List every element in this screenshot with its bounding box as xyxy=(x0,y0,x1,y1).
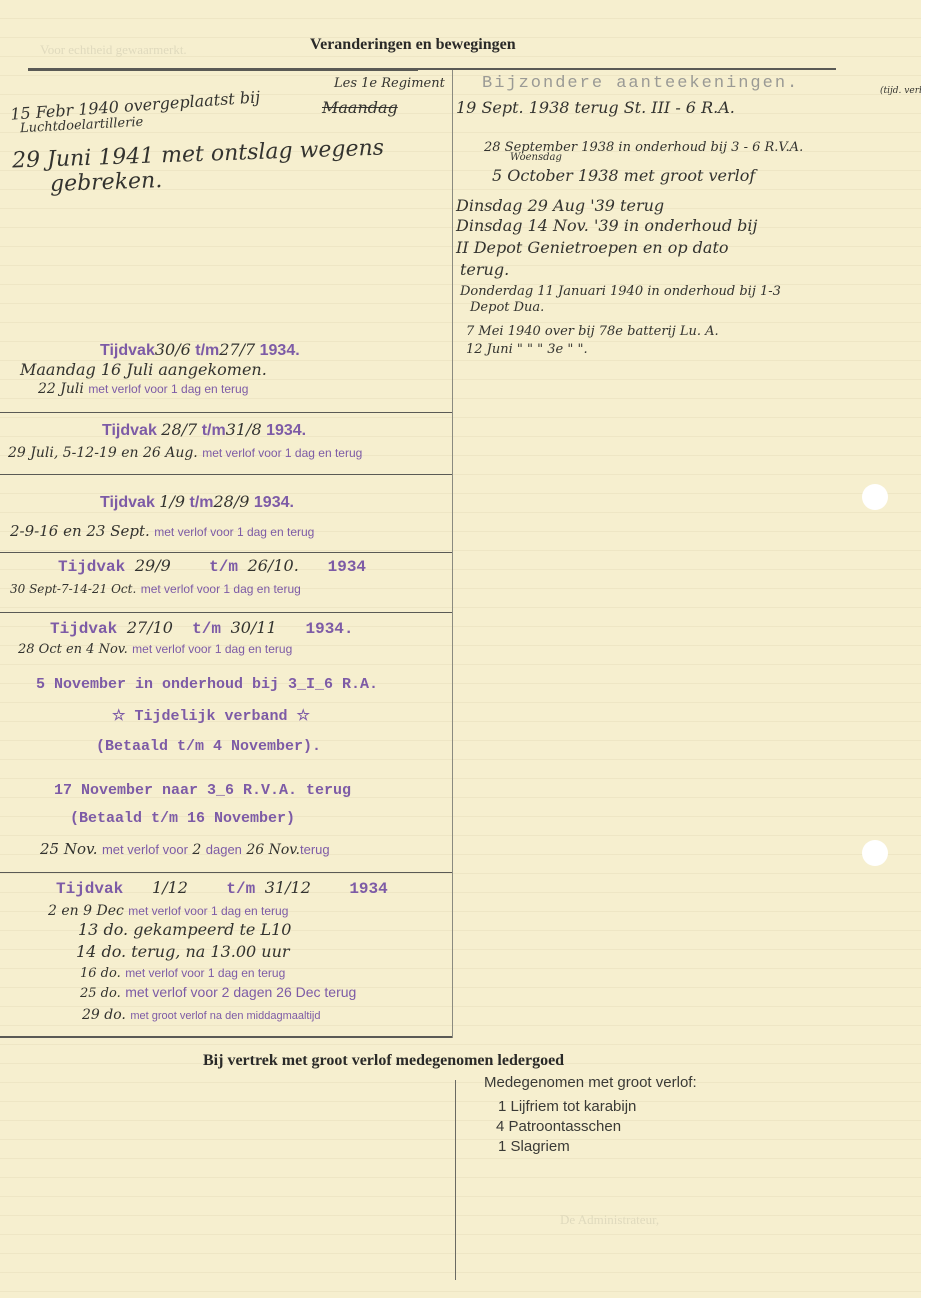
period-1-line-2: 22 Juli met verlof voor 1 dag en terug xyxy=(38,380,248,398)
note-discharge-reason: gebreken. xyxy=(50,168,163,197)
page-edge xyxy=(921,0,927,1298)
note-regiment: Les 1e Regiment xyxy=(334,76,445,91)
punch-hole-lower xyxy=(862,840,888,866)
right-entry-1: 19 Sept. 1938 terug St. III - 6 R.A. xyxy=(456,98,735,117)
equipment-heading: Medegenomen met groot verlof: xyxy=(484,1074,697,1091)
section-rule-bottom xyxy=(0,1036,452,1038)
period-2-line-1: 29 Juli, 5-12-19 en 26 Aug. met verlof v… xyxy=(8,444,362,462)
december-line-1: 2 en 9 Dec met verlof voor 1 dag en teru… xyxy=(48,902,288,920)
footer-title: Bij vertrek met groot verlof medegenomen… xyxy=(203,1052,564,1070)
period-divider-1 xyxy=(0,412,452,413)
right-entry-3-note: Woensdag xyxy=(510,152,562,163)
period-5-line-1: 28 Oct en 4 Nov. met verlof voor 1 dag e… xyxy=(18,640,292,658)
equipment-item-2: 4 Patroontasschen xyxy=(496,1118,621,1135)
period-6-header: Tijdvak 1/12 t/m 31/12 1934 xyxy=(56,878,388,898)
right-entry-5: Dinsdag 14 Nov. '39 in onderhoud bij xyxy=(456,216,758,235)
november-line-3: (Betaald t/m 4 November). xyxy=(96,738,321,755)
period-divider-2 xyxy=(0,474,452,475)
period-3-header: Tijdvak 1/9 t/m28/9 1934. xyxy=(100,492,294,512)
november-line-5: (Betaald t/m 16 November) xyxy=(70,810,295,827)
right-entry-10: 7 Mei 1940 over bij 78e batterij Lu. A. xyxy=(466,324,719,339)
ghost-text-admin: De Administrateur, xyxy=(560,1212,659,1228)
header-rule-left xyxy=(28,68,418,71)
right-entry-9: Depot Dua. xyxy=(470,300,544,315)
right-entry-3: 5 October 1938 met groot verlof xyxy=(492,166,755,185)
period-divider-3 xyxy=(0,552,452,553)
page-title: Veranderingen en bewegingen xyxy=(310,36,516,54)
equipment-item-3: 1 Slagriem xyxy=(498,1138,570,1155)
period-4-line-1: 30 Sept-7-14-21 Oct. met verlof voor 1 d… xyxy=(10,580,301,598)
right-entry-11: 12 Juni " " " 3e " ". xyxy=(466,342,588,357)
december-line-4: 16 do. met verlof voor 1 dag en terug xyxy=(80,964,285,982)
right-entry-1-note: (tijd. verbl.) xyxy=(880,86,927,96)
period-5-header: Tijdvak 27/10 t/m 30/11 1934. xyxy=(50,618,354,638)
equipment-item-1: 1 Lijfriem tot karabijn xyxy=(498,1098,636,1115)
november-line-1: 5 November in onderhoud bij 3_I_6 R.A. xyxy=(36,676,378,693)
right-column-header: Bijzondere aanteekeningen. xyxy=(482,74,799,93)
document-page: Voor echtheid gewaarmerkt. De Administra… xyxy=(0,0,927,1298)
december-line-3: 14 do. terug, na 13.00 uur xyxy=(76,942,290,961)
punch-hole-upper xyxy=(862,484,888,510)
period-divider-4 xyxy=(0,612,452,613)
november-line-2: ☆ Tijdelijk verband ☆ xyxy=(112,706,310,725)
period-1-header: Tijdvak30/6 t/m27/7 1934. xyxy=(100,340,300,360)
right-entry-4: Dinsdag 29 Aug '39 terug xyxy=(456,196,664,215)
right-entry-7: terug. xyxy=(460,260,509,279)
period-divider-5 xyxy=(0,872,452,873)
note-discharge-1941: 29 Juni 1941 met ontslag wegens xyxy=(12,136,385,174)
december-line-5: 25 do. met verlof voor 2 dagen 26 Dec te… xyxy=(80,984,356,1002)
november-line-4: 17 November naar 3_6 R.V.A. terug xyxy=(54,782,351,799)
december-line-2: 13 do. gekampeerd te L10 xyxy=(78,920,291,939)
right-entry-6: II Depot Genietroepen en op dato xyxy=(456,238,729,257)
period-1-line-1: Maandag 16 Juli aangekomen. xyxy=(20,360,267,379)
note-crossed-day: Maandag xyxy=(322,98,398,117)
december-line-6: 29 do. met groot verlof na den middagmaa… xyxy=(82,1006,320,1024)
right-entry-8: Donderdag 11 Januari 1940 in onderhoud b… xyxy=(460,284,781,299)
period-2-header: Tijdvak 28/7 t/m31/8 1934. xyxy=(102,420,306,440)
footer-column-divider xyxy=(455,1080,456,1280)
november-line-6: 25 Nov. met verlof voor 2 dagen 26 Nov.t… xyxy=(40,840,330,859)
period-4-header: Tijdvak 29/9 t/m 26/10. 1934 xyxy=(58,556,366,576)
header-rule-right xyxy=(418,68,836,70)
ghost-text-left: Voor echtheid gewaarmerkt. xyxy=(40,42,187,58)
column-divider xyxy=(452,70,453,1038)
period-3-line-1: 2-9-16 en 23 Sept. met verlof voor 1 dag… xyxy=(10,522,314,541)
